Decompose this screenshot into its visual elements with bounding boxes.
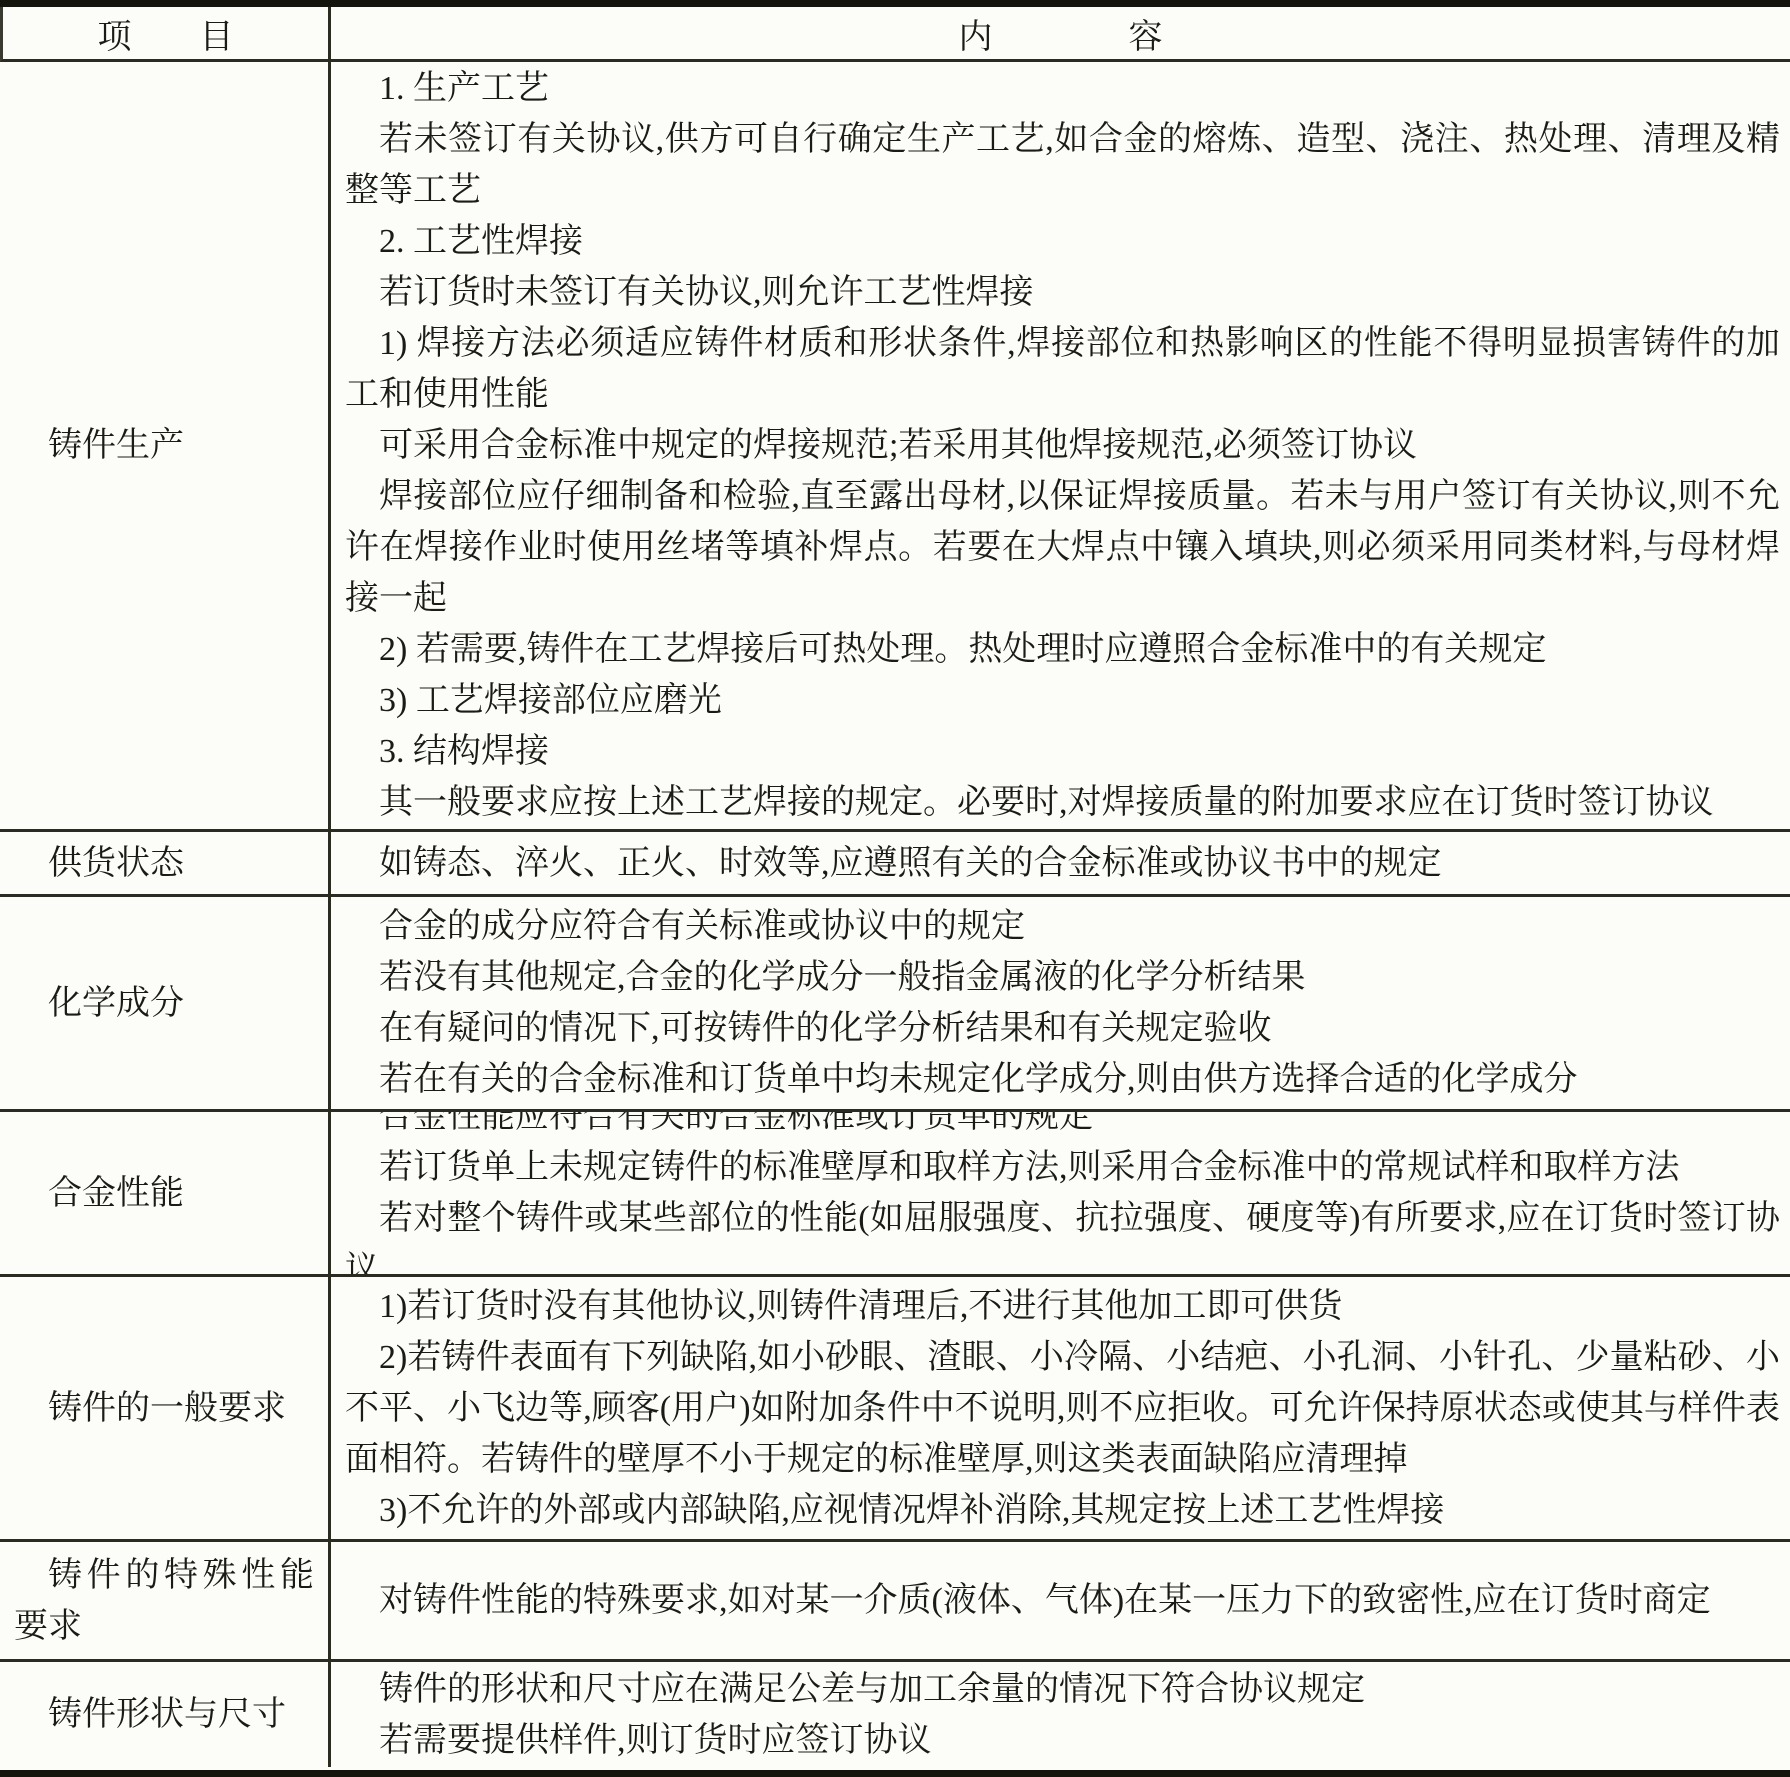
row-content-cell: 如铸态、淬火、正火、时效等,应遵照有关的合金标准或协议书中的规定 xyxy=(331,832,1790,894)
row-label: 合金性能 xyxy=(14,1168,314,1219)
row-label-cell: 铸件生产 xyxy=(0,62,331,829)
row-label-cell: 铸件的一般要求 xyxy=(0,1277,331,1539)
header-cell-item: 项 目 xyxy=(3,7,331,59)
row-content-cell: 1)若订货时没有其他协议,则铸件清理后,不进行其他加工即可供货2)若铸件表面有下… xyxy=(331,1277,1790,1539)
paragraph: 可采用合金标准中规定的焊接规范;若采用其他焊接规范,必须签订协议 xyxy=(345,420,1780,471)
paragraph: 若订货时未签订有关协议,则允许工艺性焊接 xyxy=(345,267,1780,318)
paragraph: 若对整个铸件或某些部位的性能(如屈服强度、抗拉强度、硬度等)有所要求,应在订货时… xyxy=(345,1193,1780,1274)
paragraph: 若未签订有关协议,供方可自行确定生产工艺,如合金的熔炼、造型、浇注、热处理、清理… xyxy=(345,114,1780,216)
spec-table: 项 目 内 容 铸件生产 1. 生产工艺若未签订有关协议,供方可自行确定生产工艺… xyxy=(0,0,1790,1777)
paragraph: 2) 若需要,铸件在工艺焊接后可热处理。热处理时应遵照合金标准中的有关规定 xyxy=(345,624,1780,675)
table-header-row: 项 目 内 容 xyxy=(0,7,1790,62)
paragraph: 合金的成分应符合有关标准或协议中的规定 xyxy=(345,901,1780,952)
row-label: 铸件形状与尺寸 xyxy=(14,1689,314,1740)
paragraph: 2)若铸件表面有下列缺陷,如小砂眼、渣眼、小冷隔、小结疤、小孔洞、小针孔、少量粘… xyxy=(345,1332,1780,1485)
paragraph: 3. 结构焊接 xyxy=(345,726,1780,777)
row-label: 化学成分 xyxy=(14,978,314,1029)
row-content-cell: 1. 生产工艺若未签订有关协议,供方可自行确定生产工艺,如合金的熔炼、造型、浇注… xyxy=(331,62,1790,829)
table-row: 供货状态 如铸态、淬火、正火、时效等,应遵照有关的合金标准或协议书中的规定 xyxy=(0,832,1790,897)
table-row: 铸件的一般要求 1)若订货时没有其他协议,则铸件清理后,不进行其他加工即可供货2… xyxy=(0,1277,1790,1542)
row-label-cell: 铸件形状与尺寸 xyxy=(0,1662,331,1767)
table-row: 铸件的特殊性能要求 对铸件性能的特殊要求,如对某一介质(液体、气体)在某一压力下… xyxy=(0,1542,1790,1662)
row-label-cell: 供货状态 xyxy=(0,832,331,894)
row-label: 铸件生产 xyxy=(14,420,314,471)
row-content-cell: 对铸件性能的特殊要求,如对某一介质(液体、气体)在某一压力下的致密性,应在订货时… xyxy=(331,1542,1790,1659)
row-content-cell: 铸件的形状和尺寸应在满足公差与加工余量的情况下符合协议规定若需要提供样件,则订货… xyxy=(331,1662,1790,1767)
row-label: 铸件的特殊性能要求 xyxy=(14,1550,314,1652)
row-content-cell: 合金性能应符合有关的合金标准或订货单的规定若订货单上未规定铸件的标准壁厚和取样方… xyxy=(331,1112,1790,1274)
header-cell-content: 内 容 xyxy=(331,7,1790,59)
paragraph: 在有疑问的情况下,可按铸件的化学分析结果和有关规定验收 xyxy=(345,1003,1780,1054)
row-label-cell: 合金性能 xyxy=(0,1112,331,1274)
paragraph: 3)不允许的外部或内部缺陷,应视情况焊补消除,其规定按上述工艺性焊接 xyxy=(345,1485,1780,1536)
paragraph: 合金性能应符合有关的合金标准或订货单的规定 xyxy=(345,1112,1780,1142)
paragraph: 若在有关的合金标准和订货单中均未规定化学成分,则由供方选择合适的化学成分 xyxy=(345,1054,1780,1105)
row-label: 供货状态 xyxy=(14,838,314,889)
paragraph: 1. 生产工艺 xyxy=(345,63,1780,114)
header-content-label: 内 容 xyxy=(959,9,1163,58)
table-row: 铸件生产 1. 生产工艺若未签订有关协议,供方可自行确定生产工艺,如合金的熔炼、… xyxy=(0,62,1790,832)
paragraph: 若订货单上未规定铸件的标准壁厚和取样方法,则采用合金标准中的常规试样和取样方法 xyxy=(345,1142,1780,1193)
row-label: 铸件的一般要求 xyxy=(14,1383,314,1434)
paragraph: 2. 工艺性焊接 xyxy=(345,216,1780,267)
row-label-cell: 铸件的特殊性能要求 xyxy=(0,1542,331,1659)
table-body: 铸件生产 1. 生产工艺若未签订有关协议,供方可自行确定生产工艺,如合金的熔炼、… xyxy=(0,62,1790,1767)
header-item-label: 项 目 xyxy=(98,9,234,58)
paragraph: 若没有其他规定,合金的化学成分一般指金属液的化学分析结果 xyxy=(345,952,1780,1003)
paragraph: 若需要提供样件,则订货时应签订协议 xyxy=(345,1715,1780,1766)
paragraph: 3) 工艺焊接部位应磨光 xyxy=(345,675,1780,726)
paragraph: 其一般要求应按上述工艺焊接的规定。必要时,对焊接质量的附加要求应在订货时签订协议 xyxy=(345,777,1780,828)
paragraph: 铸件的形状和尺寸应在满足公差与加工余量的情况下符合协议规定 xyxy=(345,1664,1780,1715)
paragraph: 如铸态、淬火、正火、时效等,应遵照有关的合金标准或协议书中的规定 xyxy=(345,838,1780,889)
table-row: 合金性能 合金性能应符合有关的合金标准或订货单的规定若订货单上未规定铸件的标准壁… xyxy=(0,1112,1790,1277)
paragraph: 1)若订货时没有其他协议,则铸件清理后,不进行其他加工即可供货 xyxy=(345,1281,1780,1332)
table-row: 化学成分 合金的成分应符合有关标准或协议中的规定若没有其他规定,合金的化学成分一… xyxy=(0,897,1790,1112)
table-row: 铸件形状与尺寸 铸件的形状和尺寸应在满足公差与加工余量的情况下符合协议规定若需要… xyxy=(0,1662,1790,1767)
row-content-cell: 合金的成分应符合有关标准或协议中的规定若没有其他规定,合金的化学成分一般指金属液… xyxy=(331,897,1790,1109)
paragraph: 1) 焊接方法必须适应铸件材质和形状条件,焊接部位和热影响区的性能不得明显损害铸… xyxy=(345,318,1780,420)
row-label-cell: 化学成分 xyxy=(0,897,331,1109)
paragraph: 对铸件性能的特殊要求,如对某一介质(液体、气体)在某一压力下的致密性,应在订货时… xyxy=(345,1575,1780,1626)
paragraph: 焊接部位应仔细制备和检验,直至露出母材,以保证焊接质量。若未与用户签订有关协议,… xyxy=(345,471,1780,624)
